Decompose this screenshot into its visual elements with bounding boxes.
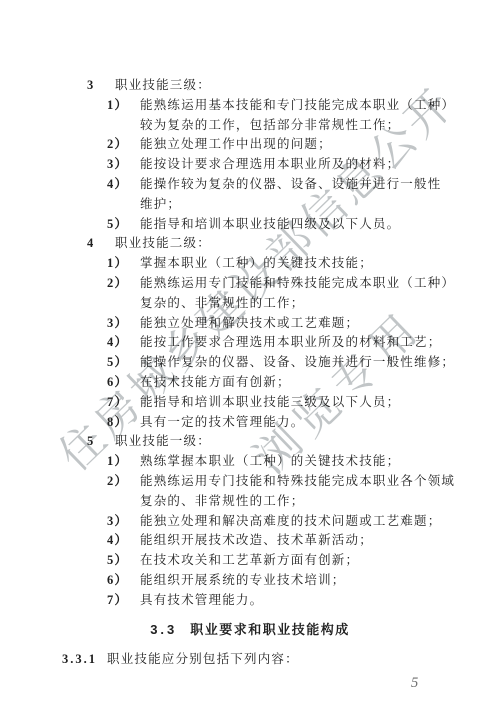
clause-text: 职业技能应分别包括下列内容： — [107, 649, 299, 669]
section-number: 4 — [87, 234, 115, 254]
item-text-line: 能指导和培训本职业技能三级及以下人员； — [140, 393, 460, 413]
item-text: 能熟练运用基本技能和专门技能完成本职业（工种）较为复杂的工作，包括部分非常规性工… — [140, 96, 460, 136]
item-number: 6） — [107, 373, 140, 393]
section-number: 5 — [87, 432, 115, 452]
item-text-line: 能熟练运用专门技能和特殊技能完成本职业（工种） — [140, 274, 460, 294]
section-title: 职业技能三级： — [115, 76, 211, 96]
item-text-line: 掌握本职业（工种）的关键技术技能； — [140, 254, 460, 274]
item-text-line: 能操作较为复杂的仪器、设备、设施并进行一般性 — [140, 175, 460, 195]
item-number: 1） — [107, 254, 140, 274]
list-item: 5）在技术攻关和工艺革新方面有创新； — [87, 551, 460, 571]
item-number: 2） — [107, 135, 140, 155]
section-heading: 3.3职业要求和职业技能构成 — [0, 620, 500, 640]
item-number: 5） — [107, 215, 140, 235]
item-text-line: 能指导和培训本职业技能四级及以下人员。 — [140, 215, 460, 235]
item-text-line: 能按工作要求合理选用本职业所及的材料和工艺； — [140, 333, 460, 353]
section-title: 职业技能二级： — [115, 234, 211, 254]
item-text-line: 在技术攻关和工艺革新方面有创新； — [140, 551, 460, 571]
clause-row: 3.3.1 职业技能应分别包括下列内容： — [0, 649, 500, 669]
list-item: 1）熟练掌握本职业（工种）的关键技术技能； — [87, 452, 460, 472]
item-number: 3） — [107, 512, 140, 532]
list-item: 2）能熟练运用专门技能和特殊技能完成本职业（工种）复杂的、非常规性的工作； — [87, 274, 460, 314]
item-text: 能指导和培训本职业技能三级及以下人员； — [140, 393, 460, 413]
item-text-line: 熟练掌握本职业（工种）的关键技术技能； — [140, 452, 460, 472]
list-item: 4）能操作较为复杂的仪器、设备、设施并进行一般性维护； — [87, 175, 460, 215]
list-item: 1）能熟练运用基本技能和专门技能完成本职业（工种）较为复杂的工作，包括部分非常规… — [87, 96, 460, 136]
item-number: 7） — [107, 591, 140, 611]
item-text: 能组织开展系统的专业技术培训； — [140, 571, 460, 591]
list-item: 4）能组织开展技术改造、技术革新活动； — [87, 531, 460, 551]
item-text: 具有一定的技术管理能力。 — [140, 413, 460, 433]
item-number: 8） — [107, 413, 140, 433]
page-number: 5 — [411, 675, 418, 692]
item-number: 6） — [107, 571, 140, 591]
item-number: 1） — [107, 452, 140, 472]
item-text-line: 能操作复杂的仪器、设备、设施并进行一般性维修； — [140, 353, 460, 373]
item-text: 能按设计要求合理选用本职业所及的材料； — [140, 155, 460, 175]
item-text: 能指导和培训本职业技能四级及以下人员。 — [140, 215, 460, 235]
item-number: 1） — [107, 96, 140, 136]
section-row: 4职业技能二级： — [87, 234, 460, 254]
item-text-line: 较为复杂的工作，包括部分非常规性工作； — [140, 116, 460, 136]
item-text: 能操作复杂的仪器、设备、设施并进行一般性维修； — [140, 353, 460, 373]
document-page: 住房城乡建设部信息公开 浏览专用 3职业技能三级：1）能熟练运用基本技能和专门技… — [0, 0, 500, 724]
item-text: 熟练掌握本职业（工种）的关键技术技能； — [140, 452, 460, 472]
item-text-line: 复杂的、非常规性的工作； — [140, 294, 460, 314]
section-row: 5职业技能一级： — [87, 432, 460, 452]
item-text-line: 具有技术管理能力。 — [140, 591, 460, 611]
section-number: 3 — [87, 76, 115, 96]
section-heading-title: 职业要求和职业技能构成 — [190, 622, 350, 637]
item-text: 在技术攻关和工艺革新方面有创新； — [140, 551, 460, 571]
item-number: 3） — [107, 314, 140, 334]
section-row: 3职业技能三级： — [87, 76, 460, 96]
list-item: 1）掌握本职业（工种）的关键技术技能； — [87, 254, 460, 274]
item-text: 能按工作要求合理选用本职业所及的材料和工艺； — [140, 333, 460, 353]
item-text: 能熟练运用专门技能和特殊技能完成本职业各个领域复杂的、非常规性的工作； — [140, 472, 460, 512]
list-item: 3）能独立处理和解决技术或工艺难题； — [87, 314, 460, 334]
list-item: 2）能独立处理工作中出现的问题； — [87, 135, 460, 155]
item-text: 具有技术管理能力。 — [140, 591, 460, 611]
skill-level-sections: 3职业技能三级：1）能熟练运用基本技能和专门技能完成本职业（工种）较为复杂的工作… — [0, 76, 500, 611]
list-item: 7）能指导和培训本职业技能三级及以下人员； — [87, 393, 460, 413]
page-content: 3职业技能三级：1）能熟练运用基本技能和专门技能完成本职业（工种）较为复杂的工作… — [0, 76, 500, 669]
item-number: 3） — [107, 155, 140, 175]
item-text-line: 能组织开展技术改造、技术革新活动； — [140, 531, 460, 551]
item-text: 能组织开展技术改造、技术革新活动； — [140, 531, 460, 551]
item-text-line: 能按设计要求合理选用本职业所及的材料； — [140, 155, 460, 175]
item-text-line: 能熟练运用专门技能和特殊技能完成本职业各个领域 — [140, 472, 460, 492]
item-number: 4） — [107, 333, 140, 353]
item-number: 2） — [107, 472, 140, 512]
clause-number: 3.3.1 — [62, 649, 107, 669]
section-title: 职业技能一级： — [115, 432, 211, 452]
list-item: 3）能独立处理和解决高难度的技术问题或工艺难题； — [87, 512, 460, 532]
item-text-line: 维护； — [140, 195, 460, 215]
item-text-line: 能独立处理和解决高难度的技术问题或工艺难题； — [140, 512, 460, 532]
section-heading-number: 3.3 — [150, 622, 177, 637]
list-item: 8）具有一定的技术管理能力。 — [87, 413, 460, 433]
item-text: 能独立处理工作中出现的问题； — [140, 135, 460, 155]
list-item: 5）能操作复杂的仪器、设备、设施并进行一般性维修； — [87, 353, 460, 373]
item-text: 能操作较为复杂的仪器、设备、设施并进行一般性维护； — [140, 175, 460, 215]
item-number: 5） — [107, 353, 140, 373]
list-item: 2）能熟练运用专门技能和特殊技能完成本职业各个领域复杂的、非常规性的工作； — [87, 472, 460, 512]
item-number: 5） — [107, 551, 140, 571]
list-item: 5）能指导和培训本职业技能四级及以下人员。 — [87, 215, 460, 235]
item-number: 2） — [107, 274, 140, 314]
list-item: 6）能组织开展系统的专业技术培训； — [87, 571, 460, 591]
list-item: 3）能按设计要求合理选用本职业所及的材料； — [87, 155, 460, 175]
item-number: 4） — [107, 175, 140, 215]
list-item: 4）能按工作要求合理选用本职业所及的材料和工艺； — [87, 333, 460, 353]
item-text-line: 在技术技能方面有创新； — [140, 373, 460, 393]
item-text-line: 能熟练运用基本技能和专门技能完成本职业（工种） — [140, 96, 460, 116]
list-item: 6）在技术技能方面有创新； — [87, 373, 460, 393]
item-text-line: 能独立处理和解决技术或工艺难题； — [140, 314, 460, 334]
item-text-line: 复杂的、非常规性的工作； — [140, 492, 460, 512]
item-text: 能独立处理和解决高难度的技术问题或工艺难题； — [140, 512, 460, 532]
list-item: 7）具有技术管理能力。 — [87, 591, 460, 611]
item-text-line: 能组织开展系统的专业技术培训； — [140, 571, 460, 591]
item-number: 4） — [107, 531, 140, 551]
item-text: 能独立处理和解决技术或工艺难题； — [140, 314, 460, 334]
item-text: 掌握本职业（工种）的关键技术技能； — [140, 254, 460, 274]
item-text-line: 具有一定的技术管理能力。 — [140, 413, 460, 433]
item-text: 能熟练运用专门技能和特殊技能完成本职业（工种）复杂的、非常规性的工作； — [140, 274, 460, 314]
item-text: 在技术技能方面有创新； — [140, 373, 460, 393]
item-text-line: 能独立处理工作中出现的问题； — [140, 135, 460, 155]
item-number: 7） — [107, 393, 140, 413]
